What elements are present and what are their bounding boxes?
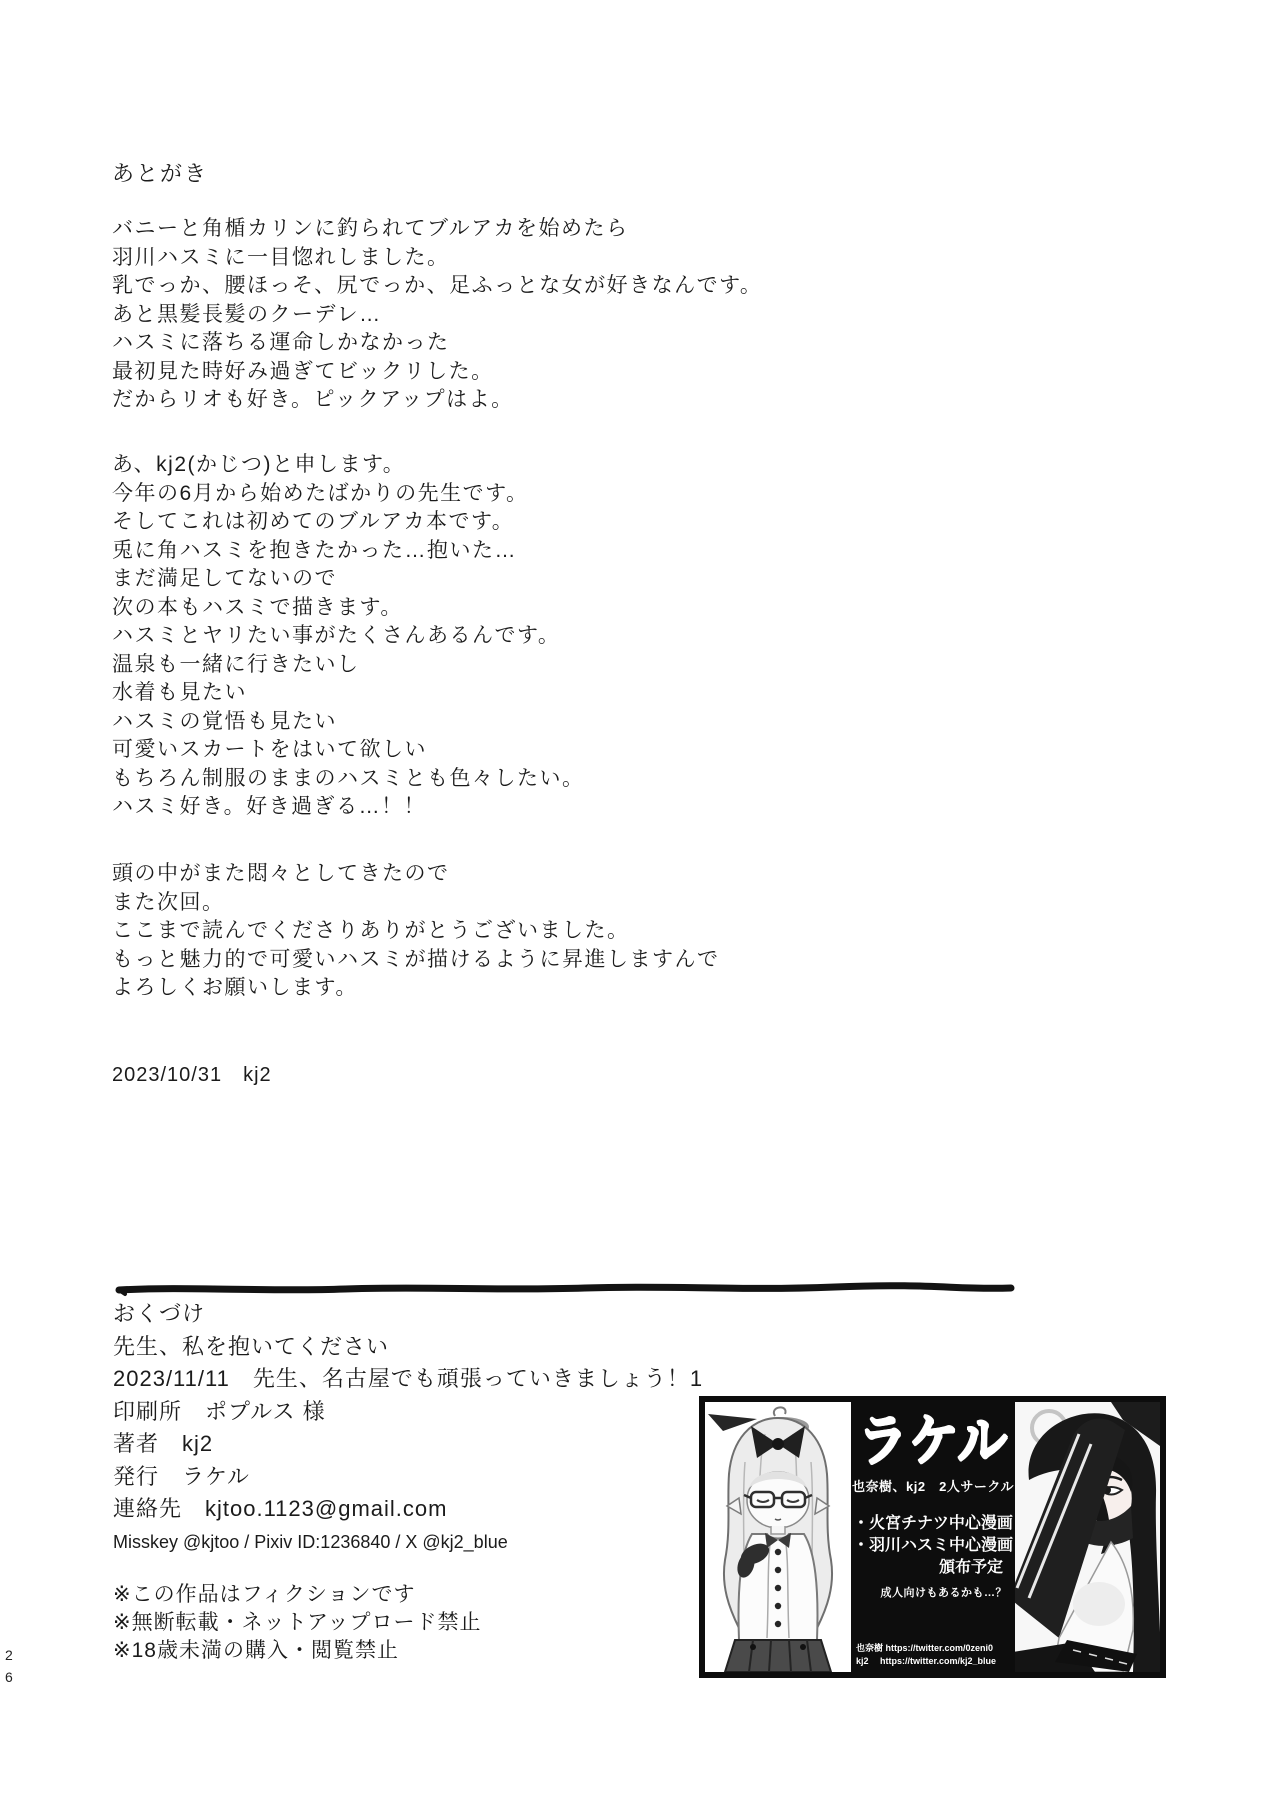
circle-ad-plan: 頒布予定: [853, 1557, 1013, 1579]
afterword-paragraph-3: 頭の中がまた悶々としてきたので また次回。 ここまで読んでくださりありがとうござ…: [112, 860, 720, 1003]
colophon-contact-line: 連絡先 kjtoo.1123@gmail.com: [113, 1493, 703, 1526]
colophon-social-line: Misskey @kjtoo / Pixiv ID:1236840 / X @k…: [113, 1526, 703, 1559]
notice-no-repost: ※無断転載・ネットアップロード禁止: [113, 1609, 482, 1637]
colophon-heading: おくづけ: [113, 1298, 703, 1331]
circle-ad-links: 也奈樹 https://twitter.com/0zeni0 kj2 https…: [856, 1642, 1013, 1668]
colophon-notices: ※この作品はフィクションです ※無断転載・ネットアップロード禁止 ※18歳未満の…: [113, 1581, 482, 1665]
colophon-event-line: 2023/11/11 先生、名古屋でも頑張っていきましょう！1: [113, 1363, 703, 1396]
twitter-link-yanagi: 也奈樹 https://twitter.com/0zeni0: [856, 1642, 1013, 1655]
page-number: 26: [5, 1644, 18, 1688]
afterword-paragraph-2: あ、kj2(かじつ)と申します。 今年の6月から始めたばかりの先生です。 そして…: [112, 451, 585, 822]
dark-haired-girl-illustration: [1015, 1402, 1160, 1672]
colophon-publisher-line: 発行 ラケル: [113, 1461, 703, 1494]
circle-ad-panel: ラケル 也奈樹、kj2 2人サークル ・火宮チナツ中心漫画 ・羽川ハスミ中心漫画…: [851, 1402, 1015, 1672]
colophon-printer-line: 印刷所 ポプルス 様: [113, 1396, 703, 1429]
circle-ad-item: ・羽川ハスミ中心漫画: [853, 1535, 1013, 1557]
afterword-title: あとがき: [112, 160, 208, 188]
hand-drawn-rule: [115, 1281, 1015, 1297]
circle-ad: ラケル 也奈樹、kj2 2人サークル ・火宮チナツ中心漫画 ・羽川ハスミ中心漫画…: [699, 1396, 1166, 1678]
colophon-book-title: 先生、私を抱いてください: [113, 1331, 703, 1364]
glasses-girl-illustration: [705, 1402, 851, 1672]
notice-fiction: ※この作品はフィクションです: [113, 1581, 482, 1609]
afterword-paragraph-1: バニーと角楯カリンに釣られてブルアカを始めたら 羽川ハスミに一目惚れしました。 …: [112, 215, 762, 415]
afterword-signoff: 2023/10/31 kj2: [112, 1061, 272, 1089]
circle-ad-note: 成人向けもあるかも…？: [853, 1582, 1013, 1604]
notice-age-restriction: ※18歳未満の購入・閲覧禁止: [113, 1637, 482, 1665]
doujin-afterword-page: 26 あとがき バニーと角楯カリンに釣られてブルアカを始めたら 羽川ハスミに一目…: [0, 0, 1280, 1807]
colophon-author-line: 著者 kj2: [113, 1428, 703, 1461]
colophon: おくづけ 先生、私を抱いてください 2023/11/11 先生、名古屋でも頑張っ…: [113, 1298, 703, 1558]
circle-ad-item: ・火宮チナツ中心漫画: [853, 1513, 1013, 1535]
twitter-link-kj2: kj2 https://twitter.com/kj2_blue: [856, 1655, 1013, 1668]
circle-name: ラケル: [851, 1402, 1015, 1480]
circle-ad-items: ・火宮チナツ中心漫画 ・羽川ハスミ中心漫画 頒布予定 成人向けもあるかも…？: [851, 1513, 1015, 1604]
